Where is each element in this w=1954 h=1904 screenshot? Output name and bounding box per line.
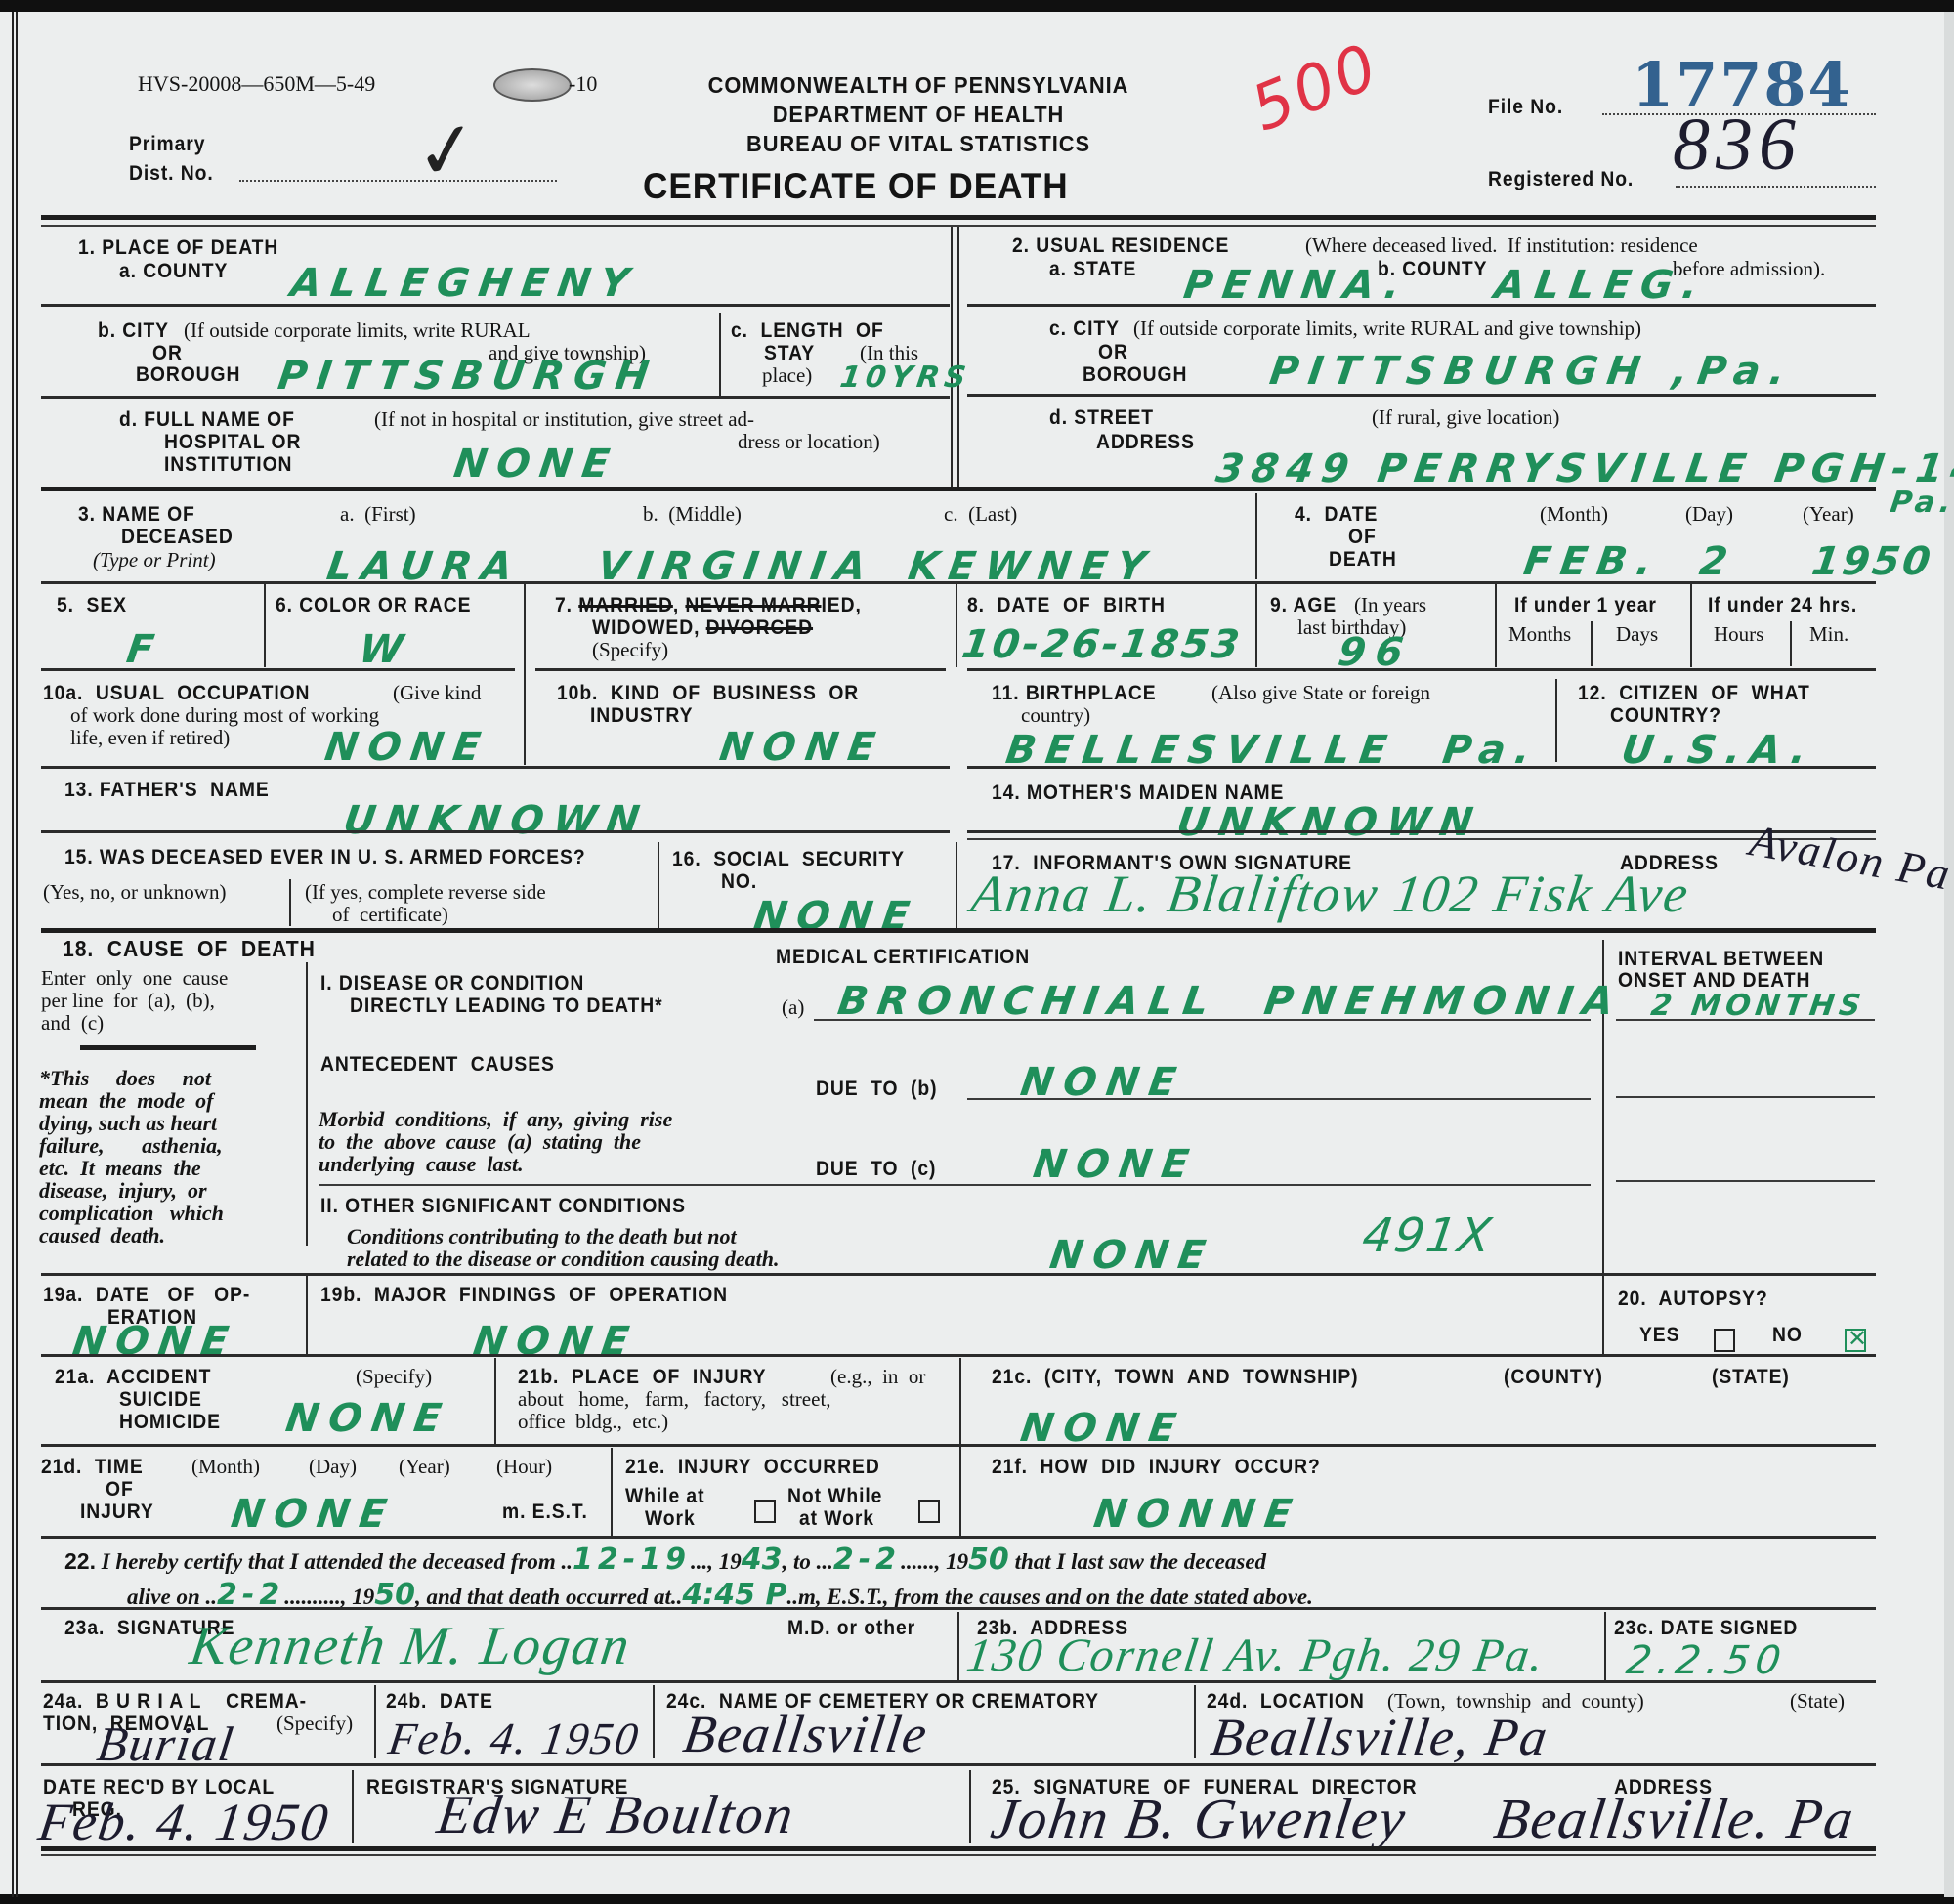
marital-option-widowed: WIDOWED, [592, 616, 700, 639]
row-divider [535, 668, 946, 671]
attended-from-value: 12-19 [573, 1543, 691, 1577]
age-note: (In years [1354, 594, 1426, 616]
address-label: ADDRESS [1096, 431, 1195, 453]
col-divider [1555, 679, 1557, 762]
hospital-label-2: HOSPITAL OR [164, 431, 301, 453]
usual-residence-label: 2. USUAL RESIDENCE [1012, 234, 1229, 257]
burial-date-value: Feb. 4. 1950 [386, 1719, 642, 1758]
name-label: 3. NAME OF [78, 503, 195, 526]
residence-city-value: PITTSBURGH ,Pa. [1267, 352, 1797, 391]
due-to-c-label: DUE TO (c) [816, 1158, 936, 1180]
col-divider [306, 962, 308, 1246]
col-divider [653, 1685, 655, 1758]
under-24-hrs-label: If under 24 hrs. [1708, 594, 1857, 616]
dod-month-label: (Month) [1540, 503, 1608, 526]
disease-label-2: DIRECTLY LEADING TO DEATH* [350, 994, 663, 1017]
col-divider [1255, 493, 1257, 579]
injury-time-label-3: INJURY [80, 1501, 154, 1523]
length-of-stay-label: c. LENGTH OF [731, 319, 884, 342]
usual-residence-note: (Where deceased lived. If institution: r… [1305, 234, 1698, 257]
not-while-at-work-label: Not While [787, 1485, 882, 1507]
birthplace-note-2: country) [1021, 704, 1090, 727]
occupation-label: 10a. USUAL OCCUPATION [43, 682, 310, 704]
stay-note-2: place) [762, 364, 812, 387]
col-divider [1604, 1612, 1606, 1680]
race-value: W [357, 630, 415, 669]
interval-b-line [1616, 1096, 1875, 1098]
asterisk-note-line-2: mean the mode of [39, 1089, 213, 1112]
autopsy-no-label: NO [1772, 1324, 1803, 1346]
death-certificate-page: HVS-20008—650M—5-49 -10 Primary Dist. No… [0, 0, 1954, 1904]
row-divider [41, 304, 950, 307]
place-of-death-label: 1. PLACE OF DEATH [78, 236, 278, 259]
hospital-note-2: dress or location) [738, 431, 880, 453]
name-label-3: (Type or Print) [93, 549, 216, 571]
business-label-2: INDUSTRY [590, 704, 693, 727]
col-divider [956, 842, 957, 930]
citizen-label: 12. CITIZEN OF WHAT [1578, 682, 1810, 704]
burial-state-label: (State) [1790, 1690, 1845, 1713]
stay-label: STAY [764, 342, 815, 364]
physician-address: 130 Cornell Av. Pgh. 29 Pa. [964, 1636, 1547, 1675]
place-of-injury-note: (e.g., in or [830, 1366, 925, 1388]
row-divider [41, 1607, 1876, 1610]
birthplace-value: BELLESVILLE Pa. [1003, 731, 1542, 770]
autopsy-no-checkbox[interactable] [1845, 1329, 1866, 1352]
not-while-at-work-label-2: at Work [799, 1507, 874, 1530]
street-label: d. STREET [1049, 406, 1154, 429]
col-divider [1194, 1685, 1196, 1758]
side-note-rule [80, 1045, 256, 1050]
col-divider [494, 1358, 496, 1444]
dod-label: 4. DATE [1295, 503, 1378, 526]
row-divider [41, 581, 1876, 584]
certificate-title: CERTIFICATE OF DEATH [643, 166, 1069, 207]
interval-label: INTERVAL BETWEEN [1618, 948, 1824, 970]
row-divider [41, 1680, 1876, 1683]
how-injury-occurred-value: NONNE [1091, 1495, 1303, 1534]
col-divider [956, 584, 957, 667]
date-signed-label: 23c. DATE SIGNED [1614, 1617, 1798, 1639]
county-value: ALLEGHENY [288, 264, 641, 303]
col-divider [1495, 584, 1497, 667]
place-of-injury-note-3: office bldg., etc.) [518, 1411, 668, 1433]
row-divider [41, 766, 950, 769]
morbid-note-line-3: underlying cause last. [319, 1153, 524, 1175]
row-divider [41, 1763, 1876, 1766]
autopsy-yes-label: YES [1639, 1324, 1679, 1346]
injury-location-value: NONE [1018, 1409, 1188, 1448]
residence-city-note: (If outside corporate limits, write RURA… [1133, 317, 1641, 340]
marital-option-never-married: NEVER MARRIED, [685, 594, 861, 616]
col-divider [1255, 584, 1257, 667]
md-or-other-label: M.D. or other [787, 1617, 915, 1639]
armed-forces-note: (Yes, no, or unknown) [43, 881, 226, 904]
asterisk-note-line-6: disease, injury, or [39, 1179, 207, 1202]
col-divider [957, 1612, 959, 1680]
dob-label: 8. DATE OF BIRTH [967, 594, 1166, 616]
injury-county-label: (COUNTY) [1504, 1366, 1603, 1388]
birthplace-label: 11. BIRTHPLACE [992, 682, 1157, 704]
col-divider-1 [951, 227, 953, 487]
attended-from-year: 43 [742, 1543, 783, 1577]
cause-of-death-label: 18. CAUSE OF DEATH [63, 938, 316, 960]
other-conditions-note-2: related to the disease or condition caus… [347, 1248, 779, 1270]
occupation-note-3: life, even if retired) [70, 727, 230, 749]
armed-forces-note-3: of certificate) [332, 904, 448, 926]
dod-month-value: FEB. [1521, 542, 1664, 581]
marital-option-divorced: DIVORCED [706, 616, 813, 639]
col-divider [374, 1685, 376, 1758]
armed-forces-label: 15. WAS DECEASED EVER IN U. S. ARMED FOR… [64, 846, 586, 868]
autopsy-label: 20. AUTOPSY? [1618, 1288, 1768, 1310]
asterisk-note-line-3: dying, such as heart [39, 1112, 217, 1134]
under-1-year-label: If under 1 year [1514, 594, 1657, 616]
col-divider [524, 584, 526, 765]
morbid-note-line-2: to the above cause (a) stating the [319, 1130, 641, 1153]
marital-label-2: WIDOWED, DIVORCED [592, 616, 813, 639]
marital-option-married: MARRIED [578, 594, 673, 616]
col-divider [959, 1358, 961, 1539]
file-no-label: File No. [1488, 96, 1563, 118]
est-label: m. E.S.T. [502, 1501, 588, 1523]
dist-no-label: Dist. No. [129, 162, 214, 185]
interval-a-value: 2 MONTHS [1649, 992, 1867, 1021]
injury-day-label: (Day) [309, 1456, 357, 1478]
hospital-value: NONE [451, 444, 621, 484]
bottom-divider-2 [41, 1854, 1876, 1856]
not-while-at-work-checkbox[interactable] [918, 1500, 940, 1523]
antecedent-causes-label: ANTECEDENT CAUSES [320, 1053, 555, 1076]
cause-c-value: NONE [1031, 1145, 1201, 1184]
while-at-work-checkbox[interactable] [754, 1500, 776, 1523]
col-divider-1b [957, 227, 959, 487]
cemetery-value: Beallsville [681, 1714, 931, 1754]
injury-time-label-2: OF [106, 1478, 134, 1501]
asterisk-note-line-1: *This does not [39, 1067, 211, 1089]
birthplace-note: (Also give State or foreign [1211, 682, 1430, 704]
col-divider [289, 879, 291, 926]
frame-edge-right [1944, 12, 1954, 1897]
morbid-note-line-1: Morbid conditions, if any, giving rise [319, 1108, 672, 1130]
asterisk-note-line-7: complication which [39, 1202, 224, 1224]
residence-city-label: c. CITY [1049, 317, 1120, 340]
side-note-line-2: per line for (a), (b), [41, 990, 215, 1012]
armed-forces-note-2: (If yes, complete reverse side [305, 881, 546, 904]
or-label: OR [152, 342, 183, 364]
operation-date-label: 19a. DATE OF OP- [43, 1284, 250, 1306]
first-name-label: a. (First) [340, 503, 416, 526]
accident-label: 21a. ACCIDENT [55, 1366, 211, 1388]
col-divider [352, 1770, 354, 1843]
homicide-label: HOMICIDE [119, 1411, 221, 1433]
sex-value: F [124, 630, 166, 669]
occupation-note: (Give kind [393, 682, 481, 704]
other-conditions-value: NONE [1047, 1236, 1217, 1275]
citizen-value: U.S.A. [1619, 731, 1818, 770]
row-divider [967, 304, 1876, 307]
row-divider [967, 394, 1876, 397]
certification-line-2: alive on ..2-2.........., 1950, and that… [127, 1581, 1313, 1610]
county-label: a. COUNTY [119, 260, 228, 282]
primary-label: Primary [129, 133, 205, 155]
sex-label: 5. SEX [57, 594, 127, 616]
how-injury-occurred-label: 21f. HOW DID INJURY OCCUR? [992, 1456, 1321, 1478]
place-of-injury-note-2: about home, farm, factory, street, [518, 1388, 831, 1411]
middle-name-value: VIRGINIA [595, 547, 877, 586]
last-name-label: c. (Last) [944, 503, 1017, 526]
org-line-1: COMMONWEALTH OF PENNSYLVANIA [687, 72, 1151, 99]
registered-number: 836 [1673, 103, 1802, 188]
residence-or-label: OR [1098, 341, 1128, 363]
city-label: b. CITY [98, 319, 169, 342]
dod-label-3: DEATH [1329, 548, 1397, 571]
city-value: PITTSBURGH [276, 357, 660, 396]
asterisk-note-line-4: failure, asthenia, [39, 1134, 223, 1157]
hospital-label-3: INSTITUTION [164, 453, 292, 476]
org-line-3: BUREAU OF VITAL STATISTICS [687, 131, 1151, 157]
asterisk-note-line-8: caused death. [39, 1224, 165, 1247]
row-divider [967, 830, 1876, 833]
cause-c-line [319, 1184, 1591, 1186]
occupation-value: NONE [322, 728, 492, 767]
cause-a-value: BRONCHIALL PNEHMONIA [835, 982, 1626, 1021]
residence-county-value: ALLEG. [1492, 266, 1710, 305]
dob-value: 10-26-1853 [959, 625, 1244, 664]
funeral-director-signature: John B. Gwenley [989, 1799, 1409, 1839]
burial-value: Burial [95, 1724, 236, 1763]
attended-to-value: 2-2 [833, 1543, 901, 1577]
registered-no-label: Registered No. [1488, 168, 1634, 190]
interval-c-line [1616, 1180, 1875, 1182]
attended-to-year: 50 [968, 1543, 1009, 1577]
autopsy-yes-checkbox[interactable] [1714, 1329, 1735, 1352]
informant-signature: Anna L. Blaliftow 102 Fisk Ave [969, 874, 1692, 913]
borough-label: BOROUGH [136, 363, 240, 386]
frame-line-left-inner [16, 12, 18, 1897]
row-divider [41, 830, 950, 833]
row-divider [967, 668, 1876, 671]
side-note-line-1: Enter only one cause [41, 967, 228, 990]
frame-line-left [12, 12, 14, 1897]
section-divider [41, 487, 1876, 491]
hours-label: Hours [1714, 623, 1763, 646]
injury-time-label: 21d. TIME [41, 1456, 144, 1478]
place-of-injury-label: 21b. PLACE OF INJURY [518, 1366, 766, 1388]
interval-label-2: ONSET AND DEATH [1618, 969, 1810, 992]
col-divider [719, 313, 721, 396]
union-label-seal-icon [493, 68, 572, 102]
burial-specify-label: (Specify) [276, 1713, 353, 1735]
marital-specify: (Specify) [592, 639, 668, 661]
injury-occurred-label: 21e. INJURY OCCURRED [625, 1456, 880, 1478]
section-divider [41, 928, 1876, 933]
registrar-signature: Edw E Boulton [435, 1796, 797, 1835]
name-label-2: DECEASED [121, 526, 234, 548]
date-received-value: Feb. 4. 1950 [36, 1802, 332, 1841]
injury-time-value: NONE [229, 1495, 399, 1534]
dod-label-2: OF [1348, 526, 1377, 548]
business-label: 10b. KIND OF BUSINESS OR [557, 682, 859, 704]
red-annotation: 500 [1248, 45, 1383, 130]
accident-value: NONE [283, 1399, 453, 1438]
father-name-label: 13. FATHER'S NAME [64, 779, 270, 801]
row-divider-2 [967, 838, 1876, 840]
scan-border-bottom [0, 1894, 1954, 1904]
ssn-label: 16. SOCIAL SECURITY [672, 848, 905, 870]
row-divider [41, 1536, 1876, 1539]
while-at-work-label: While at [625, 1485, 704, 1507]
asterisk-note-line-5: etc. It means the [39, 1157, 201, 1179]
injury-month-label: (Month) [191, 1456, 260, 1478]
bottom-divider [41, 1846, 1876, 1851]
line-a-label: (a) [782, 996, 804, 1019]
dod-day-label: (Day) [1685, 503, 1733, 526]
business-value: NONE [717, 728, 887, 767]
other-conditions-label: II. OTHER SIGNIFICANT CONDITIONS [320, 1195, 686, 1217]
informant-address-extra: Avalon Pa [1747, 821, 1954, 895]
hospital-label: d. FULL NAME OF [119, 408, 295, 431]
scan-border-top [0, 0, 1954, 12]
row-divider [41, 668, 515, 671]
injury-state-label: (STATE) [1712, 1366, 1790, 1388]
dod-day-value: 2 [1697, 542, 1739, 581]
burial-label: 24a. B U R I A L CREMA- [43, 1690, 307, 1713]
age-value: 96 [1336, 633, 1415, 672]
accident-specify-label: (Specify) [356, 1366, 432, 1388]
race-label: 6. COLOR OR RACE [276, 594, 471, 616]
min-label: Min. [1809, 623, 1848, 646]
date-signed-value: 2.2.50 [1624, 1641, 1789, 1680]
state-label: a. STATE [1049, 258, 1136, 280]
dod-year-value: 1950 [1809, 542, 1935, 581]
form-code: HVS-20008—650M—5-49 [138, 72, 375, 95]
funeral-director-address: Beallsville. Pa [1492, 1799, 1857, 1839]
col-divider [658, 842, 659, 930]
row-divider [41, 1354, 1876, 1357]
org-line-2: DEPARTMENT OF HEALTH [687, 102, 1151, 128]
first-name-value: LAURA [324, 547, 525, 586]
injury-location-label: 21c. (CITY, TOWN AND TOWNSHIP) [992, 1366, 1359, 1388]
col-divider [969, 1770, 971, 1843]
col-divider [1591, 621, 1593, 666]
operation-findings-label: 19b. MAJOR FINDINGS OF OPERATION [320, 1284, 728, 1306]
months-label: Months [1508, 623, 1571, 646]
other-conditions-note: Conditions contributing to the death but… [347, 1225, 737, 1248]
certification-line-1: 22. I hereby certify that I attended the… [64, 1545, 1266, 1575]
residence-county-label: b. COUNTY [1378, 258, 1487, 280]
form-code-suffix: -10 [569, 72, 597, 95]
col-divider [264, 584, 266, 667]
hospital-note: (If not in hospital or institution, give… [374, 408, 754, 431]
side-note-line-3: and (c) [41, 1012, 104, 1035]
interval-a-line [1616, 1019, 1875, 1021]
occupation-note-2: of work done during most of working [70, 704, 379, 727]
col-divider [306, 1276, 308, 1354]
city-note: (If outside corporate limits, write RURA… [184, 319, 531, 342]
checkmark-icon: ✓ [409, 104, 485, 199]
dod-year-label: (Year) [1803, 503, 1854, 526]
street-value: 3849 PERRYSVILLE PGH-14 [1213, 449, 1954, 488]
medical-certification-label: MEDICAL CERTIFICATION [776, 946, 1030, 968]
age-label: 9. AGE [1270, 594, 1337, 616]
injury-year-label: (Year) [399, 1456, 450, 1478]
burial-location-value: Beallsville, Pa [1209, 1717, 1551, 1756]
col-divider [611, 1448, 613, 1536]
mother-maiden-name-value: UNKNOWN [1174, 803, 1485, 842]
row-divider [41, 1273, 1876, 1276]
col-divider [1690, 584, 1692, 667]
marital-status-label: 7. MARRIED, NEVER MARRIED, [555, 594, 862, 616]
middle-name-label: b. (Middle) [643, 503, 742, 526]
row-divider [967, 766, 1876, 769]
row-divider [41, 396, 950, 399]
disease-label: I. DISEASE OR CONDITION [320, 972, 584, 994]
while-at-work-label-2: Work [645, 1507, 696, 1530]
father-name-value: UNKNOWN [341, 801, 652, 840]
due-to-b-label: DUE TO (b) [816, 1078, 937, 1100]
dist-no-line [239, 180, 557, 182]
street-suffix: Pa. [1889, 488, 1954, 518]
street-note: (If rural, give location) [1372, 406, 1559, 429]
burial-date-label: 24b. DATE [386, 1690, 493, 1713]
cause-b-value: NONE [1018, 1063, 1188, 1102]
days-label: Days [1616, 623, 1658, 646]
col-divider [1790, 621, 1792, 666]
last-name-value: KEWNEY [906, 547, 1158, 586]
injury-hour-label: (Hour) [496, 1456, 552, 1478]
physician-signature: Kenneth M. Logan [188, 1627, 633, 1666]
row-divider [41, 1444, 1876, 1447]
ssn-label-2: NO. [721, 870, 757, 893]
citizen-label-2: COUNTRY? [1610, 704, 1721, 727]
residence-borough-label: BOROUGH [1083, 363, 1187, 386]
cause-code-annotation: 491X [1360, 1216, 1495, 1255]
length-of-stay-value: 10YRS [838, 363, 972, 393]
suicide-label: SUICIDE [119, 1388, 202, 1411]
header-divider [41, 215, 1876, 220]
